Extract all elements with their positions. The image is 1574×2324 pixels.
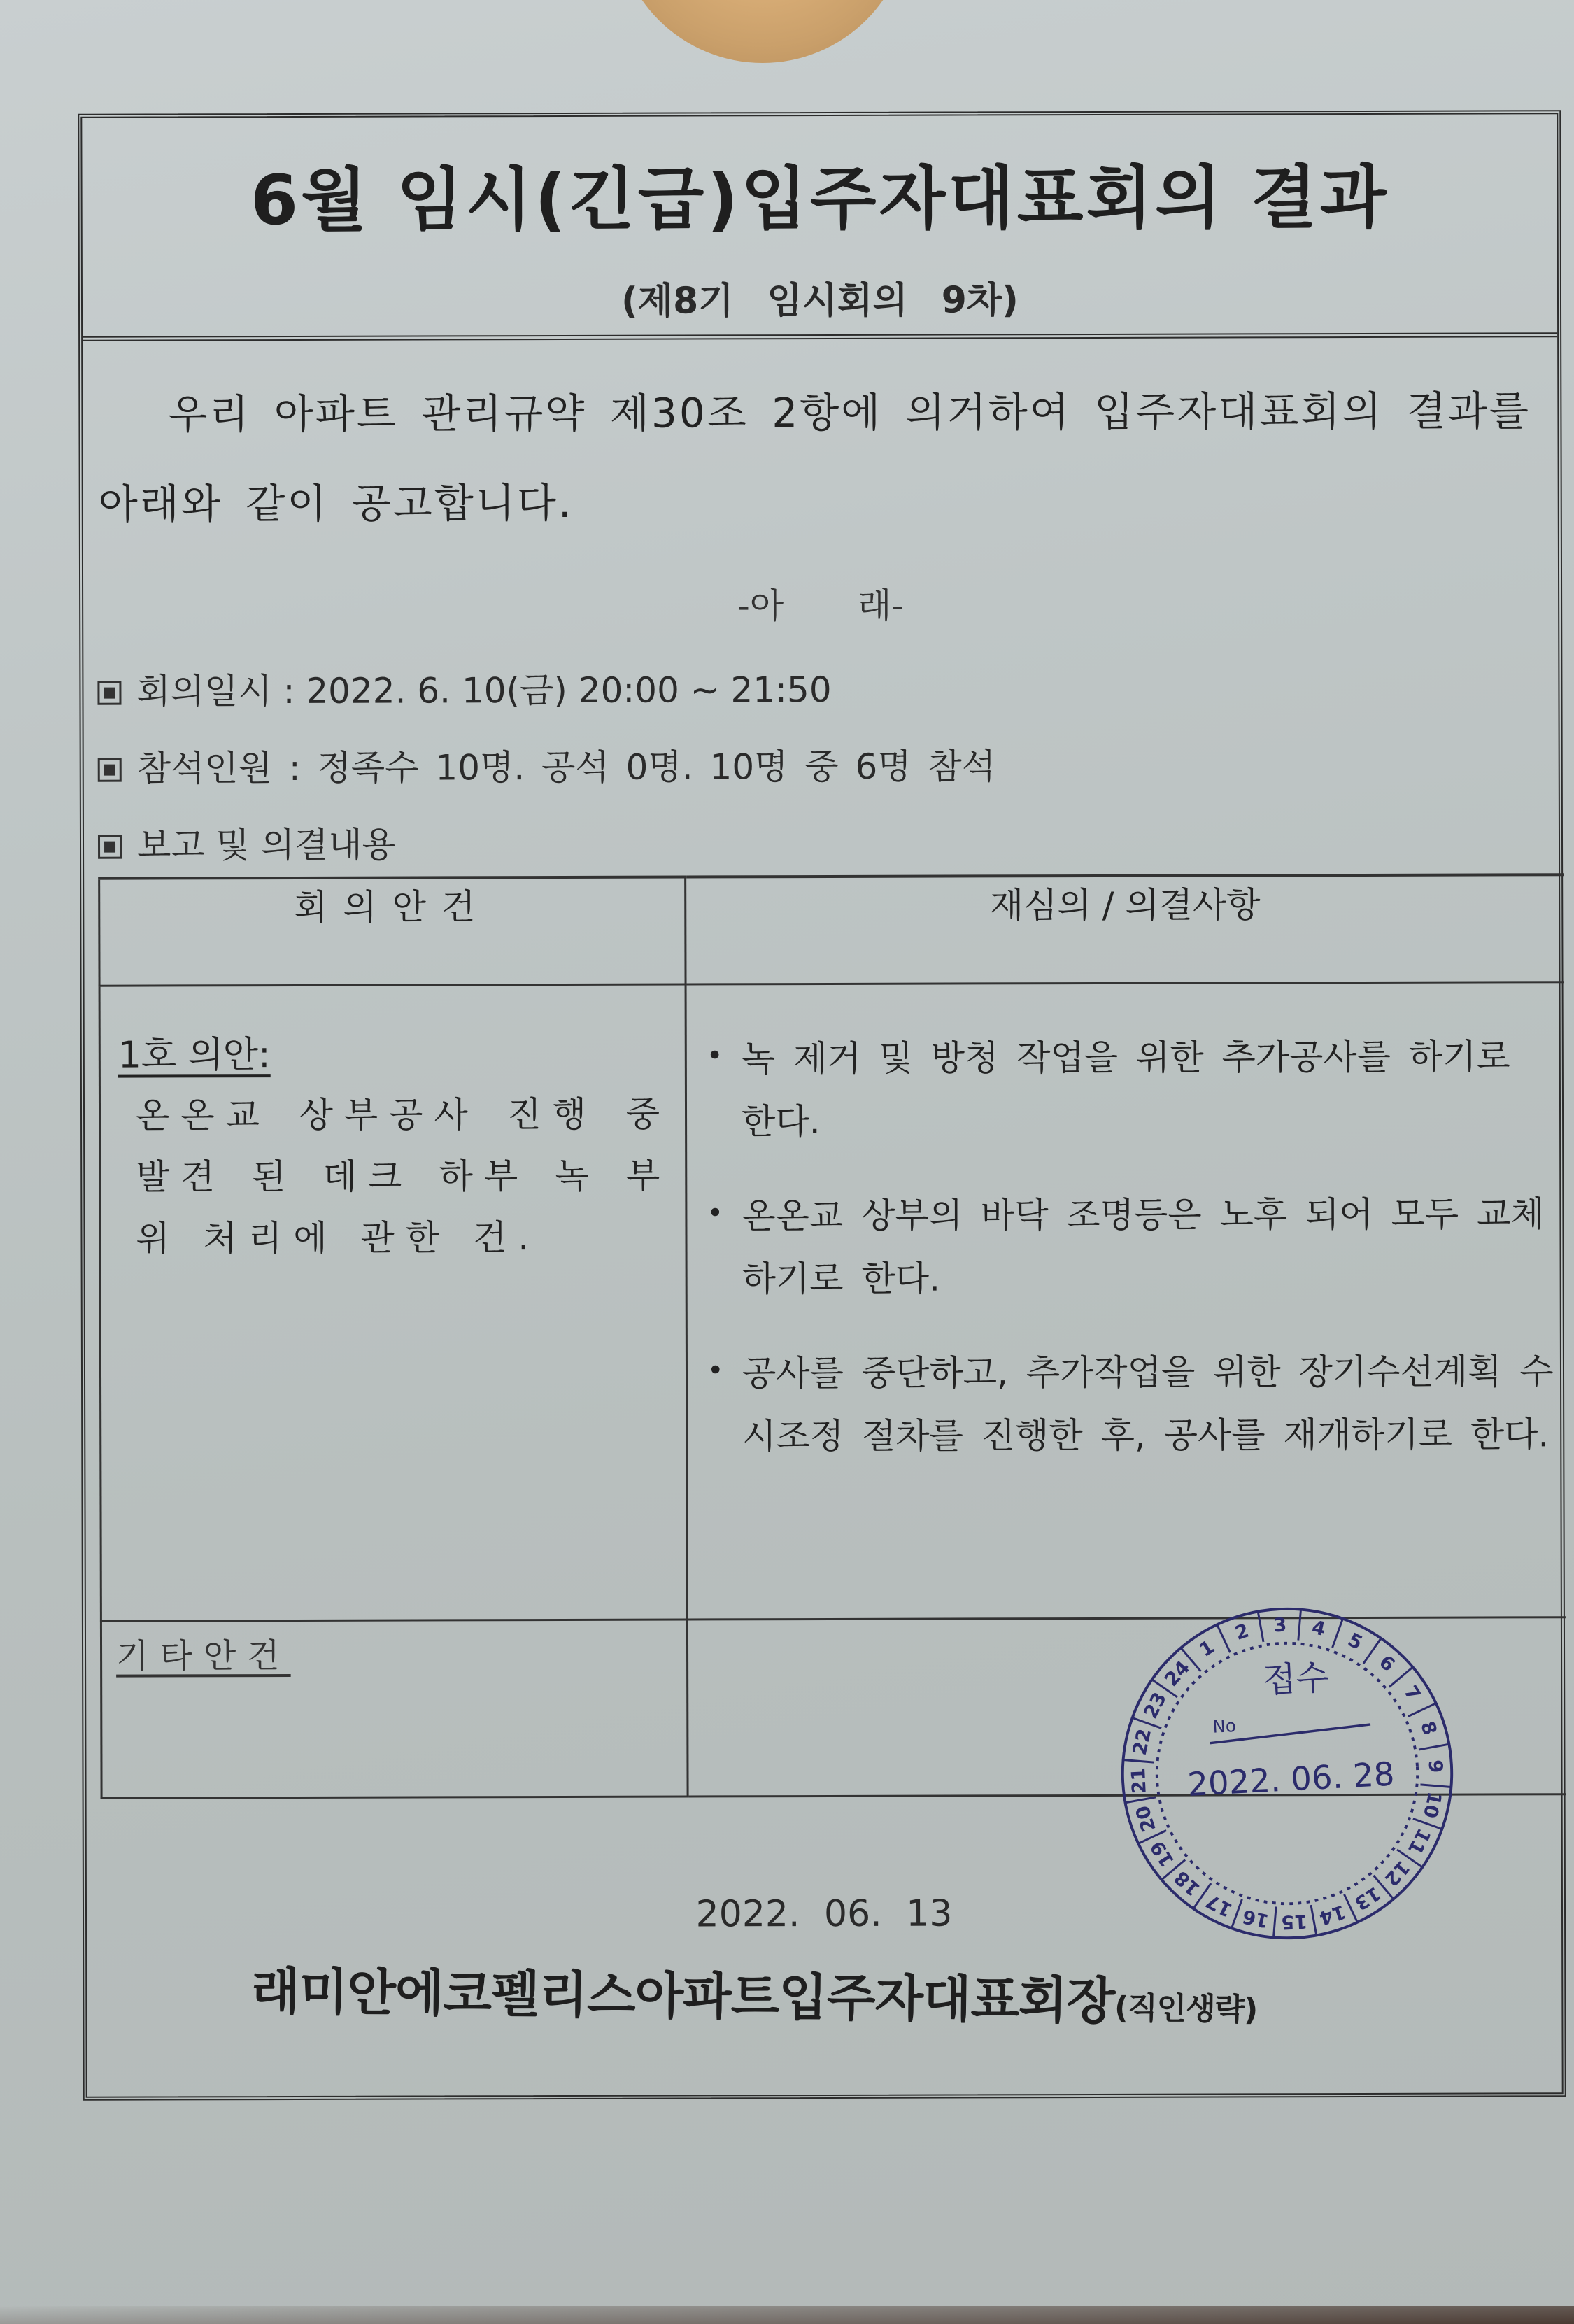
square-bullet-icon xyxy=(98,758,122,782)
list-item: 온온교 상부의 바닥 조명등은 노후 되어 모두 교체하기로 한다. xyxy=(701,1182,1557,1310)
signatory: 래미안에코펠리스아파트입주자대표회장(직인생략) xyxy=(251,1950,1258,2034)
attendance: 참석인원 : 정족수 10명. 공석 0명. 10명 중 6명 참석 xyxy=(98,738,996,791)
title-box: 6월 임시(긴급)입주자대표회의 결과 (제8기 임시회의 9차) xyxy=(82,114,1557,341)
svg-text:2022. 06. 28: 2022. 06. 28 xyxy=(1186,1755,1396,1804)
svg-text:2: 2 xyxy=(1233,1620,1252,1645)
svg-text:10: 10 xyxy=(1419,1790,1445,1820)
svg-text:3: 3 xyxy=(1273,1614,1287,1636)
square-bullet-icon xyxy=(98,835,122,859)
gold-magnet xyxy=(616,0,909,63)
header-agenda: 회의안건 xyxy=(99,877,686,986)
svg-text:4: 4 xyxy=(1310,1617,1328,1641)
svg-text:22: 22 xyxy=(1129,1727,1156,1757)
svg-text:접수: 접수 xyxy=(1262,1657,1331,1701)
other-agenda-title: 기타안건 xyxy=(116,1628,686,1678)
svg-text:7: 7 xyxy=(1399,1682,1424,1705)
square-bullet-icon xyxy=(97,681,121,705)
agenda-title: 1호 의안: xyxy=(118,1024,685,1078)
report-heading: 보고 및 의결내용 xyxy=(98,817,396,868)
table-header-row: 회의안건 재심의 / 의결사항 xyxy=(99,874,1564,986)
header-resolution: 재심의 / 의결사항 xyxy=(686,874,1564,984)
svg-text:14: 14 xyxy=(1317,1900,1348,1929)
meeting-datetime: 회의일시 : 2022. 6. 10(금) 20:00 ~ 21:50 xyxy=(97,662,831,714)
table-row: 1호 의안: 온온교 상부공사 진행 중 발견 된 데크 하부 녹 부위 처리에… xyxy=(99,982,1566,1621)
svg-text:20: 20 xyxy=(1132,1803,1161,1834)
received-stamp-icon: 123456789101112131415161718192021222324 … xyxy=(1107,1594,1468,1954)
notice-title: 6월 임시(긴급)입주자대표회의 결과 xyxy=(82,142,1557,245)
svg-text:1: 1 xyxy=(1196,1636,1219,1661)
svg-text:9: 9 xyxy=(1424,1759,1447,1773)
list-item: 공사를 중단하고, 추가작업을 위한 장기수선계획 수시조정 절차를 진행한 후… xyxy=(702,1340,1558,1468)
signatory-note: (직인생략) xyxy=(1114,1990,1258,2027)
svg-text:16: 16 xyxy=(1240,1905,1270,1932)
resolution-list: 녹 제거 및 방청 작업을 위한 추가공사를 하기로 한다. 온온교 상부의 바… xyxy=(701,1025,1559,1468)
svg-text:21: 21 xyxy=(1128,1767,1151,1794)
agenda-cell: 1호 의안: 온온교 상부공사 진행 중 발견 된 데크 하부 녹 부위 처리에… xyxy=(99,984,687,1621)
frame-edge xyxy=(0,2306,1574,2324)
svg-text:5: 5 xyxy=(1345,1629,1366,1655)
below-marker: -아 래- xyxy=(83,576,1558,630)
svg-text:No: No xyxy=(1212,1715,1237,1737)
intro-paragraph: 우리 아파트 관리규약 제30조 2항에 의거하여 입주자대표회의 결과를 아래… xyxy=(98,366,1544,548)
svg-text:6: 6 xyxy=(1375,1651,1399,1676)
svg-text:8: 8 xyxy=(1416,1719,1440,1738)
resolution-cell: 녹 제거 및 방청 작업을 위한 추가공사를 하기로 한다. 온온교 상부의 바… xyxy=(686,982,1566,1620)
other-agenda-cell: 기타안건 xyxy=(101,1620,688,1798)
svg-text:15: 15 xyxy=(1281,1910,1308,1933)
agenda-body: 온온교 상부공사 진행 중 발견 된 데크 하부 녹 부위 처리에 관한 건. xyxy=(136,1084,672,1270)
list-item: 녹 제거 및 방청 작업을 위한 추가공사를 하기로 한다. xyxy=(701,1025,1557,1153)
notice-subtitle: (제8기 임시회의 9차) xyxy=(83,269,1557,325)
